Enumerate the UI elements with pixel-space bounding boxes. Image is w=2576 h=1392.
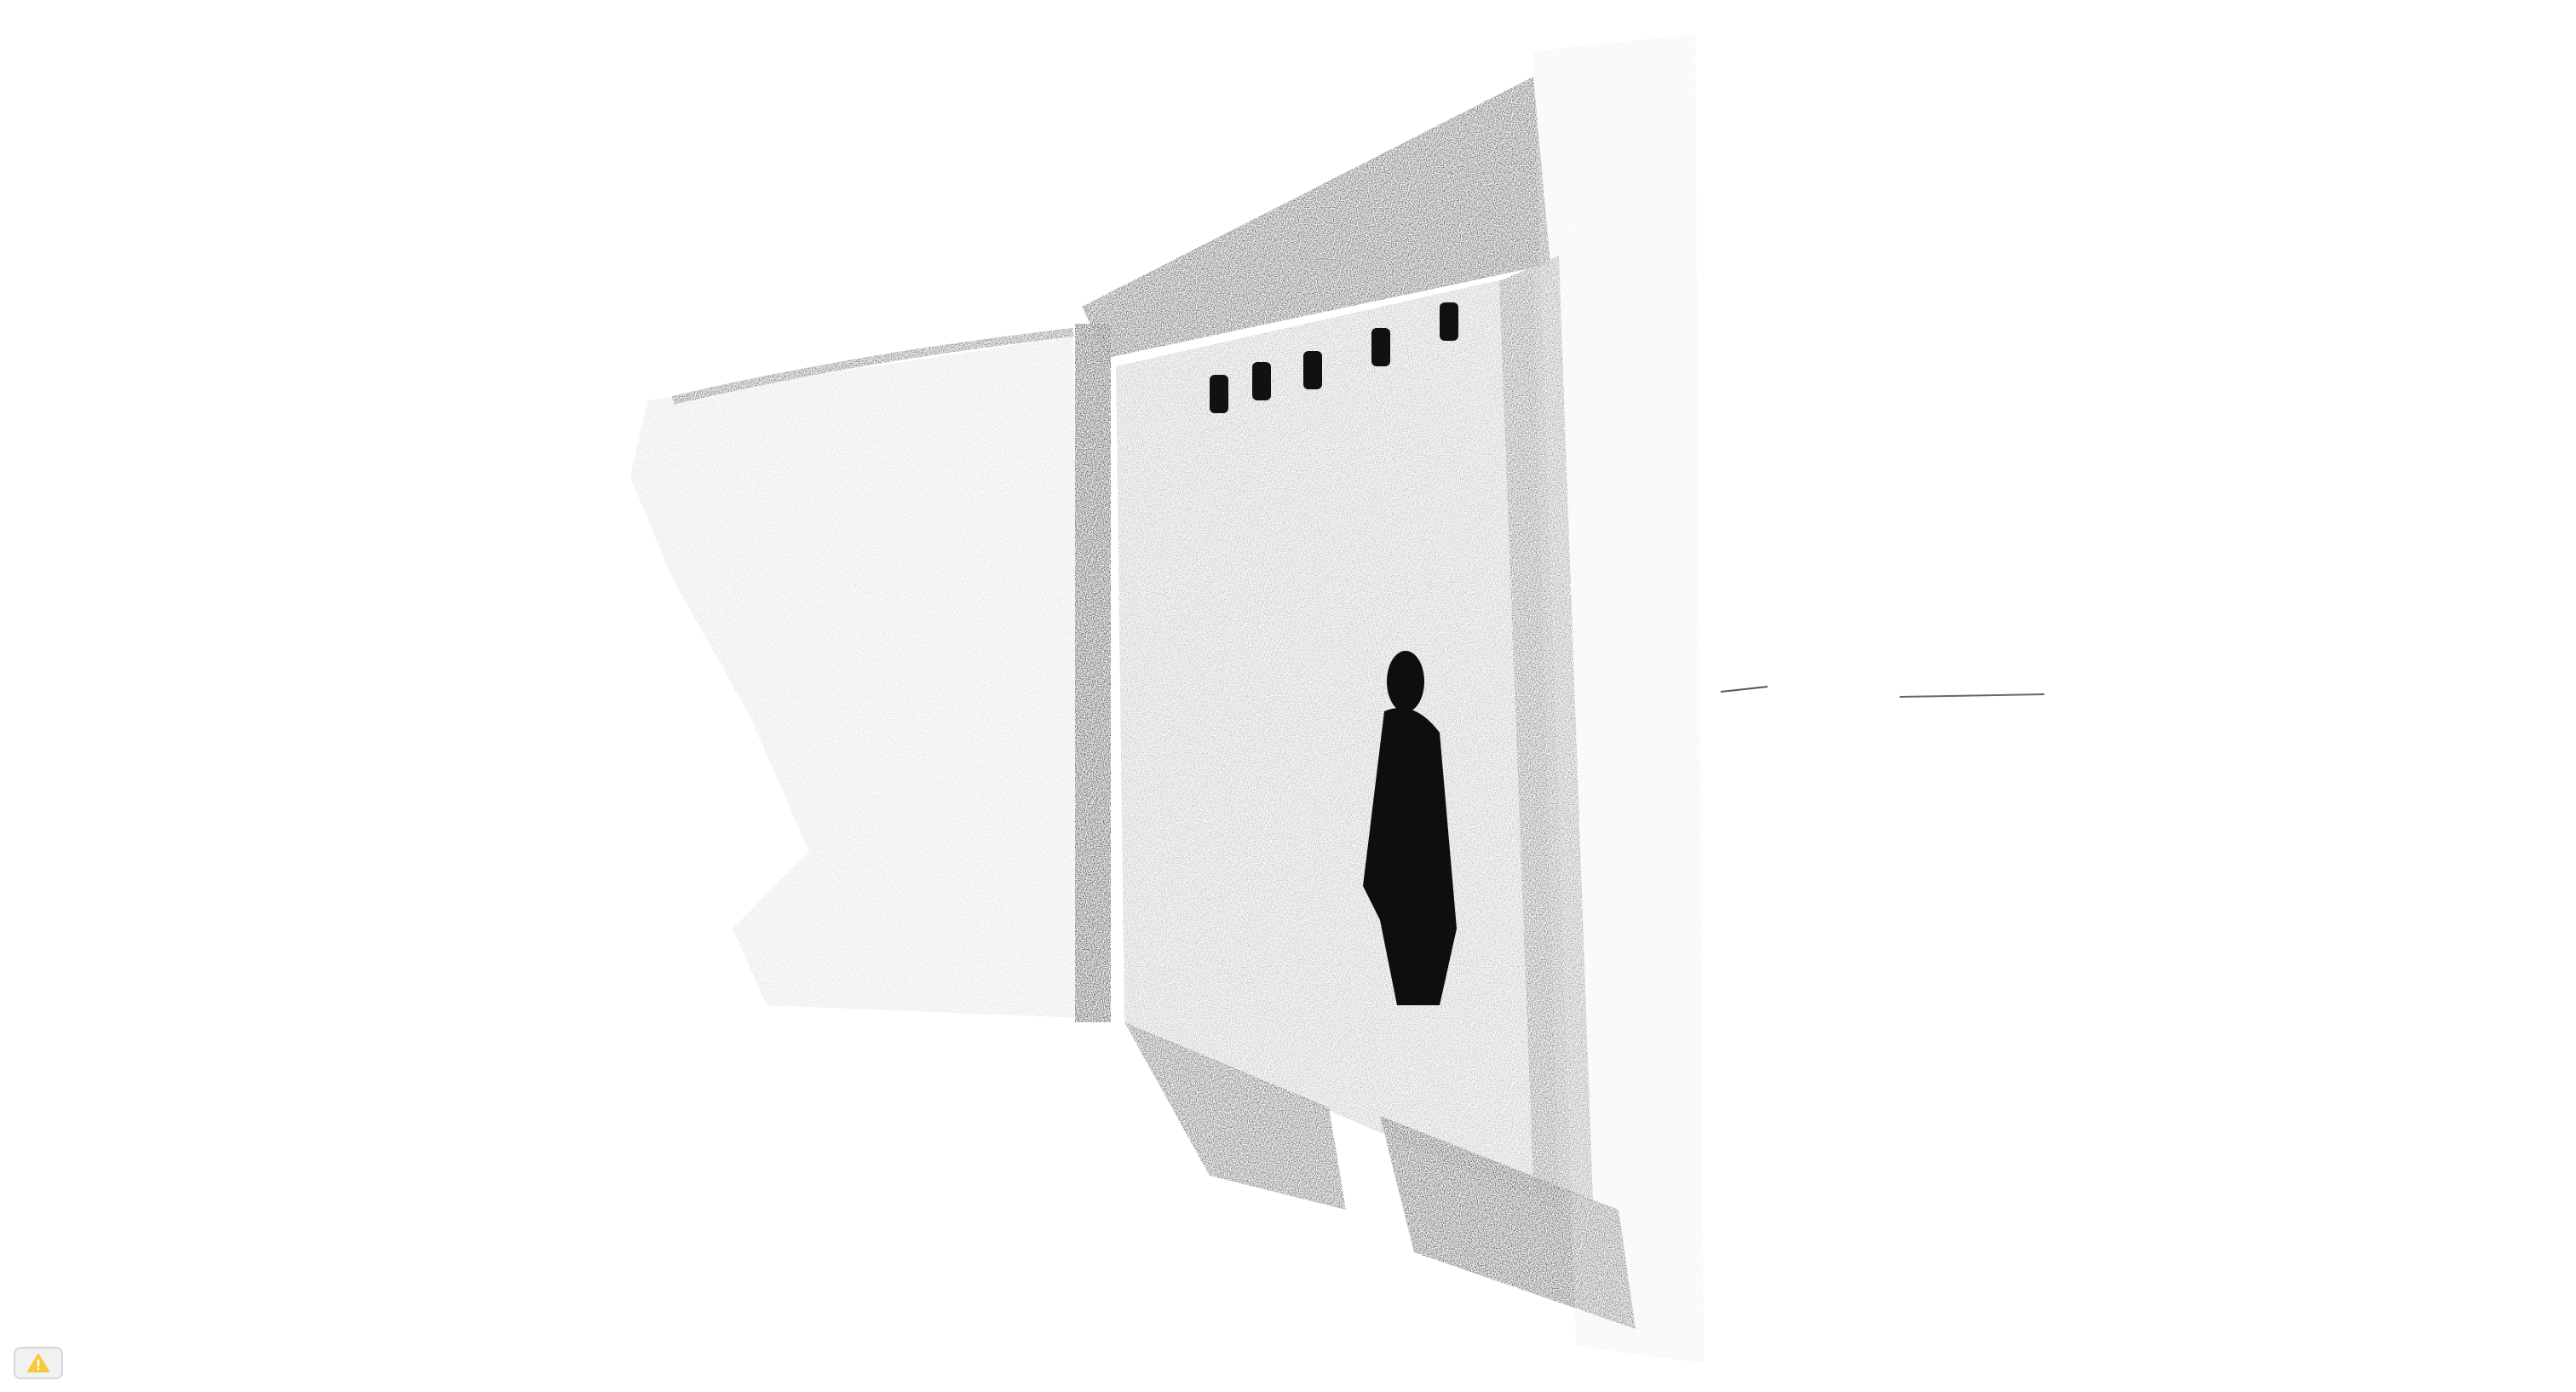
point-cloud-render	[0, 0, 2576, 1392]
warning-button[interactable]	[14, 1347, 63, 1379]
point-cloud-viewport[interactable]	[0, 0, 2576, 1392]
warning-icon	[26, 1353, 50, 1373]
